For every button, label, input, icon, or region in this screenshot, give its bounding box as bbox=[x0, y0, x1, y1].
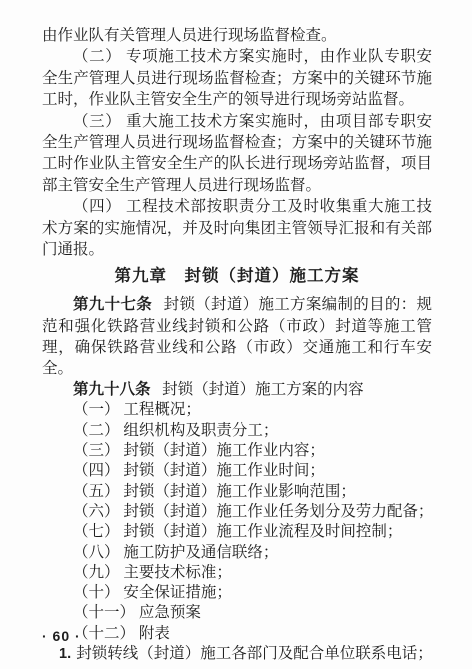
list-item: （三） 封锁（封道）施工作业内容； bbox=[42, 441, 432, 461]
body-paragraph-4: （四） 工程技术部按职责分工及时收集重大施工技术方案的实施情况，并及时向集团主管… bbox=[42, 196, 432, 260]
numbered-attachment-item: 1.封锁转线（封道）施工各部门及配合单位联系电话； bbox=[42, 644, 432, 664]
paragraph-continuation: 由作业队有关管理人员进行现场监督检查。 bbox=[42, 25, 432, 46]
page-number: · 60 · bbox=[42, 628, 81, 644]
list-item: （六） 封锁（封道）施工作业任务划分及劳力配备； bbox=[42, 502, 432, 522]
article-97-number: 第九十七条 bbox=[73, 296, 152, 313]
list-item: （十二） 附表 bbox=[42, 624, 432, 644]
article-98: 第九十八条封锁（封道）施工方案的内容 bbox=[42, 379, 432, 400]
list-item: （八） 施工防护及通信联络； bbox=[42, 543, 432, 563]
list-item: （九） 主要技术标准； bbox=[42, 563, 432, 583]
list-item: （五） 封锁（封道）施工作业影响范围； bbox=[42, 482, 432, 502]
article-98-content-list: （一） 工程概况； （二） 组织机构及职责分工； （三） 封锁（封道）施工作业内… bbox=[42, 400, 432, 644]
article-97: 第九十七条封锁（封道）施工方案编制的目的：规范和强化铁路营业线封锁和公路（市政）… bbox=[42, 294, 432, 379]
chapter-heading: 第九章 封锁（封道）施工方案 bbox=[42, 265, 432, 287]
list-item: （二） 组织机构及职责分工； bbox=[42, 421, 432, 441]
document-page: 由作业队有关管理人员进行现场监督检查。 （二） 专项施工技术方案实施时，由作业队… bbox=[0, 0, 472, 669]
list-item: （十一） 应急预案 bbox=[42, 603, 432, 623]
article-98-text: 封锁（封道）施工方案的内容 bbox=[162, 381, 364, 398]
list-item: （一） 工程概况； bbox=[42, 400, 432, 420]
item-text: 封锁转线（封道）施工各部门及配合单位联系电话； bbox=[76, 645, 433, 662]
list-item: （十） 安全保证措施； bbox=[42, 583, 432, 603]
item-number: 1. bbox=[59, 646, 71, 662]
body-paragraph-2: （二） 专项施工技术方案实施时，由作业队专职安全生产管理人员进行现场监督检查；方… bbox=[42, 46, 432, 110]
body-paragraph-3: （三） 重大施工技术方案实施时，由项目部专职安全生产管理人员进行现场监督检查；方… bbox=[42, 111, 432, 197]
list-item: （七） 封锁（封道）施工作业流程及时间控制； bbox=[42, 522, 432, 542]
list-item: （四） 封锁（封道）施工作业时间； bbox=[42, 461, 432, 481]
article-98-number: 第九十八条 bbox=[73, 381, 151, 398]
